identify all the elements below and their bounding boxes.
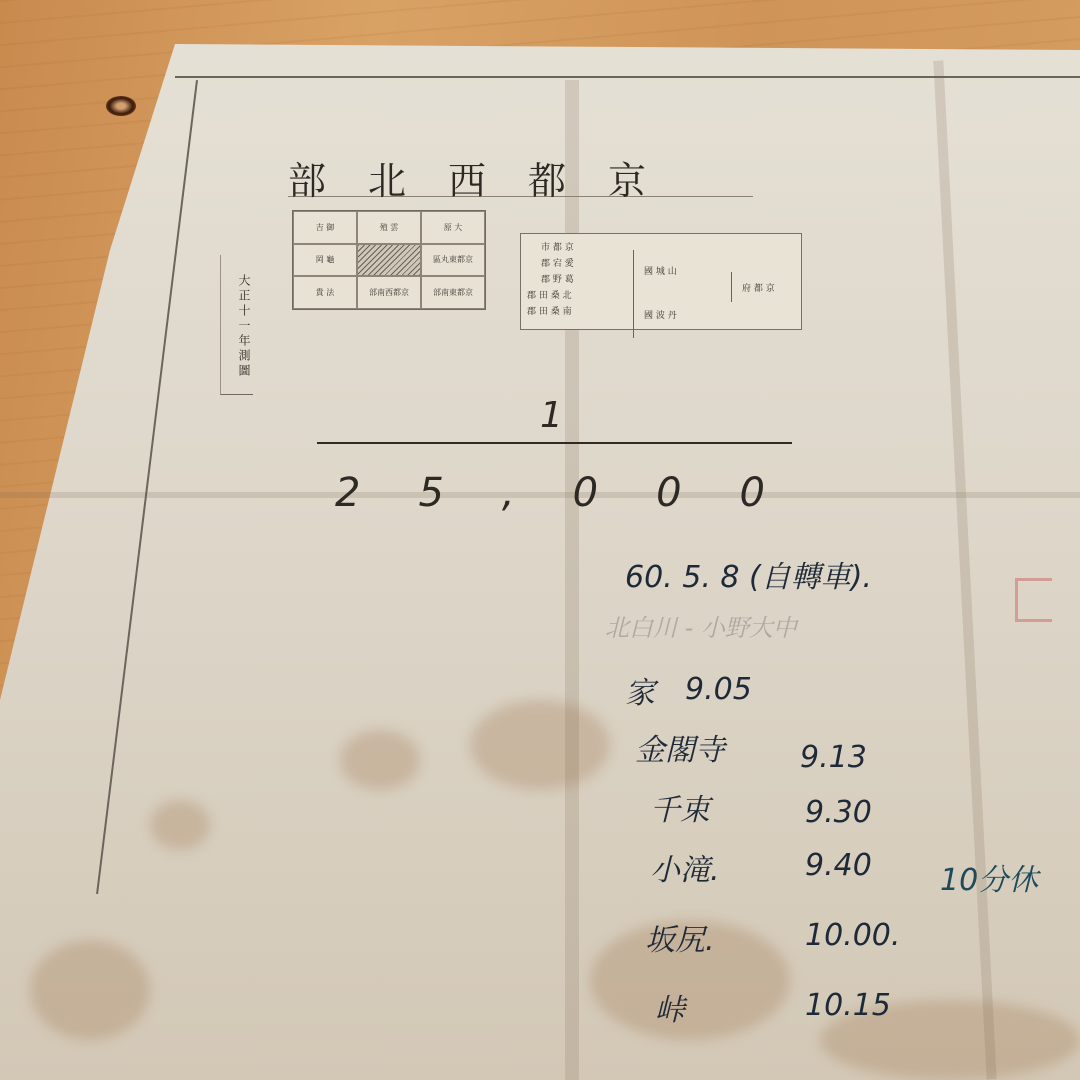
administrative-divisions-box: 市 都 京 郡 宕 愛 郡 野 葛 郡 田 桑 北 郡 田 桑 南 國 城 山 … — [520, 233, 802, 330]
wood-knot — [106, 96, 136, 116]
province: 國 波 丹 — [644, 294, 677, 338]
index-cell: 部南東都京 — [421, 276, 485, 309]
itinerary-place: 坂尻. — [645, 915, 715, 959]
district-list: 市 都 京 郡 宕 愛 郡 野 葛 郡 田 桑 北 郡 田 桑 南 — [527, 240, 574, 320]
district: 郡 野 葛 — [527, 272, 574, 288]
district: 郡 田 桑 南 — [527, 304, 574, 320]
handwritten-date: 60. 5. 8 (自轉車). — [625, 552, 872, 596]
prefecture: 府 都 京 — [731, 272, 775, 302]
district: 郡 宕 愛 — [527, 256, 574, 272]
scale-denominator: 25,000 — [335, 470, 823, 516]
index-cell: 原 大 — [421, 211, 485, 244]
handwritten-faint-note: 北白川 - 小野大中 — [605, 608, 797, 643]
index-cell: 區丸東都京 — [421, 244, 485, 277]
scale-numerator: 1 — [540, 395, 563, 436]
fold-crease-vertical — [565, 80, 579, 1080]
adjacent-sheets-index: 吉 御 殖 雲 原 大 岡 龜 區丸東都京 貴 法 部南西都京 部南東都京 — [292, 210, 486, 310]
index-cell: 吉 御 — [293, 211, 357, 244]
current-sheet-hatch — [357, 244, 421, 277]
red-seal-stamp — [1015, 578, 1052, 622]
district: 市 都 京 — [527, 240, 574, 256]
itinerary-time: 10.15 — [805, 988, 891, 1023]
itinerary-time: 9.40 — [805, 848, 872, 883]
province: 國 城 山 — [644, 250, 677, 294]
itinerary-place: 金閣寺 — [635, 725, 725, 769]
index-cell: 貴 法 — [293, 276, 357, 309]
itinerary-place: 峠 — [655, 985, 685, 1029]
index-cell: 部南西都京 — [357, 276, 421, 309]
itinerary-time: 9.05 — [685, 672, 752, 707]
itinerary-time: 10.00. — [805, 918, 900, 953]
itinerary-rest-note: 10分休 — [940, 855, 1038, 899]
scale-fraction-bar — [317, 442, 792, 444]
index-cell: 殖 雲 — [357, 211, 421, 244]
itinerary-time: 9.13 — [800, 740, 867, 775]
index-cell: 岡 龜 — [293, 244, 357, 277]
itinerary-place: 千束 — [650, 785, 710, 829]
province-list: 國 城 山 國 波 丹 — [633, 250, 677, 338]
itinerary-place: 小滝. — [650, 845, 720, 889]
map-title: 部北西都京 — [288, 150, 753, 197]
district: 郡 田 桑 北 — [527, 288, 574, 304]
water-stain — [340, 730, 420, 790]
itinerary-place: 家 — [625, 668, 655, 712]
water-stain — [150, 800, 210, 850]
survey-year-label: 大正十一年測圖 — [220, 255, 253, 395]
itinerary-time: 9.30 — [805, 795, 872, 830]
water-stain — [470, 700, 610, 790]
water-stain — [30, 940, 150, 1040]
